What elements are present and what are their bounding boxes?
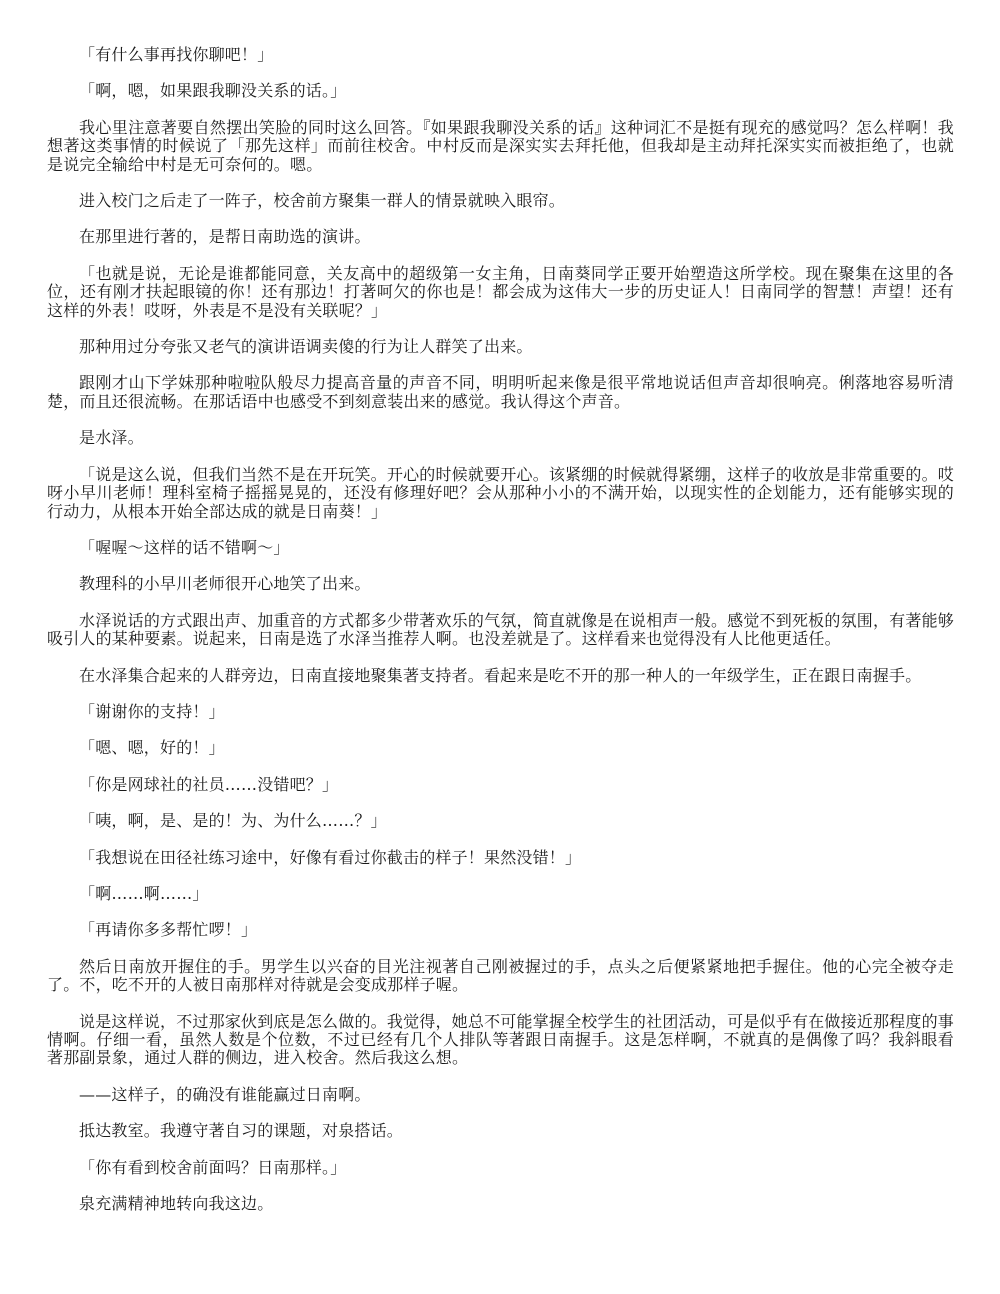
- paragraph: 那种用过分夸张又老气的演讲语调卖傻的行为让人群笑了出来。: [47, 338, 954, 356]
- paragraph: 「喔喔～这样的话不错啊～」: [47, 539, 954, 557]
- paragraph: 「咦，啊，是、是的！为、为什么……？」: [47, 812, 954, 830]
- paragraph: 跟刚才山下学妹那种啦啦队般尽力提高音量的声音不同，明明听起来像是很平常地说话但声…: [47, 374, 954, 411]
- paragraph: 水泽说话的方式跟出声、加重音的方式都多少带著欢乐的气氛，简直就像是在说相声一般。…: [47, 612, 954, 649]
- paragraph: 在那里进行著的，是帮日南助选的演讲。: [47, 228, 954, 246]
- paragraph: 说是这样说，不过那家伙到底是怎么做的。我觉得，她总不可能掌握全校学生的社团活动，…: [47, 1013, 954, 1068]
- paragraph: 泉充满精神地转向我这边。: [47, 1195, 954, 1213]
- novel-page: 「有什么事再找你聊吧！」「啊，嗯，如果跟我聊没关系的话。」我心里注意著要自然摆出…: [0, 0, 1000, 1294]
- paragraph: 「啊，嗯，如果跟我聊没关系的话。」: [47, 82, 954, 100]
- paragraph: 「说是这么说，但我们当然不是在开玩笑。开心的时候就要开心。该紧绷的时候就得紧绷，…: [47, 466, 954, 521]
- paragraph: 「有什么事再找你聊吧！」: [47, 46, 954, 64]
- paragraph: 教理科的小早川老师很开心地笑了出来。: [47, 575, 954, 593]
- paragraph: ——这样子，的确没有谁能赢过日南啊。: [47, 1086, 954, 1104]
- paragraph: 进入校门之后走了一阵子，校舍前方聚集一群人的情景就映入眼帘。: [47, 192, 954, 210]
- paragraph: 「也就是说，无论是谁都能同意，关友高中的超级第一女主角，日南葵同学正要开始塑造这…: [47, 265, 954, 320]
- text-content: 「有什么事再找你聊吧！」「啊，嗯，如果跟我聊没关系的话。」我心里注意著要自然摆出…: [47, 46, 954, 1213]
- paragraph: 是水泽。: [47, 429, 954, 447]
- paragraph: 「谢谢你的支持！」: [47, 703, 954, 721]
- paragraph: 「啊……啊……」: [47, 885, 954, 903]
- paragraph: 「我想说在田径社练习途中，好像有看过你截击的样子！果然没错！」: [47, 849, 954, 867]
- paragraph: 「嗯、嗯，好的！」: [47, 739, 954, 757]
- paragraph: 「再请你多多帮忙啰！」: [47, 921, 954, 939]
- paragraph: 「你是网球社的社员……没错吧？」: [47, 776, 954, 794]
- paragraph: 在水泽集合起来的人群旁边，日南直接地聚集著支持者。看起来是吃不开的那一种人的一年…: [47, 667, 954, 685]
- paragraph: 然后日南放开握住的手。男学生以兴奋的目光注视著自己刚被握过的手，点头之后便紧紧地…: [47, 958, 954, 995]
- paragraph: 我心里注意著要自然摆出笑脸的同时这么回答。『如果跟我聊没关系的话』这种词汇不是挺…: [47, 119, 954, 174]
- paragraph: 抵达教室。我遵守著自习的课题，对泉搭话。: [47, 1122, 954, 1140]
- paragraph: 「你有看到校舍前面吗？日南那样。」: [47, 1159, 954, 1177]
